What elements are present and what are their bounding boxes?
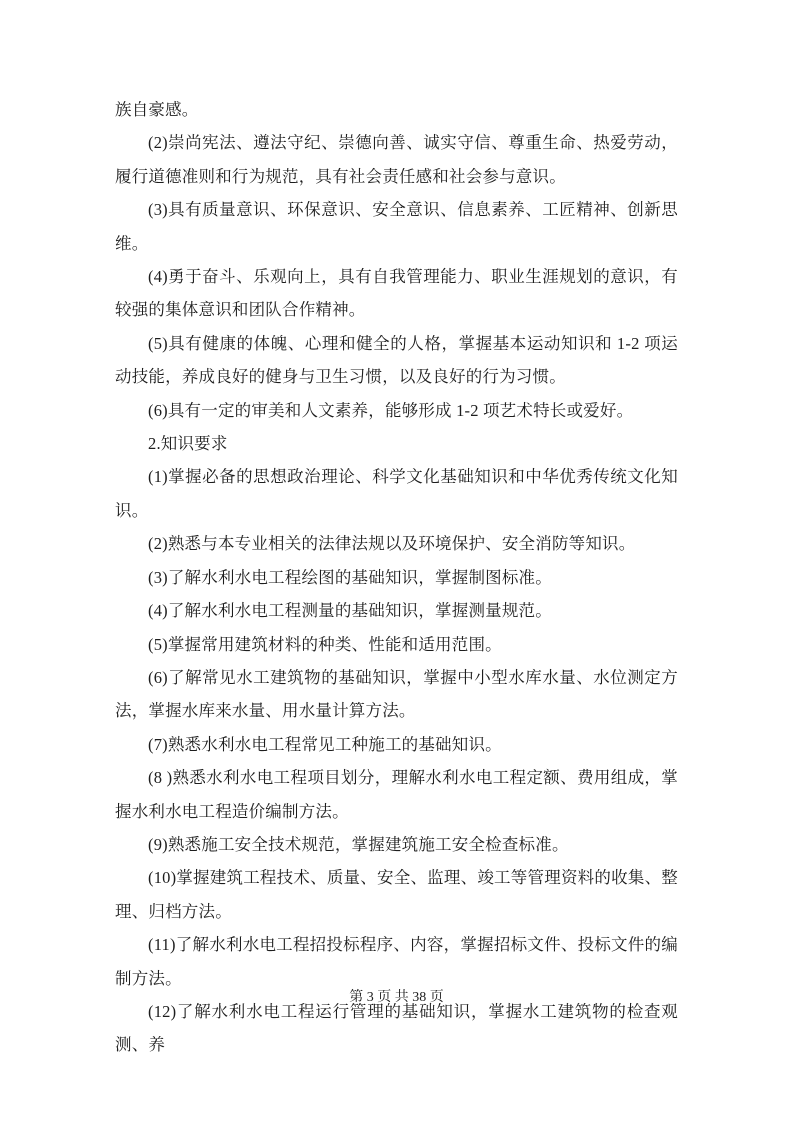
paragraph: (3)了解水利水电工程绘图的基础知识，掌握制图标准。 [115,561,678,594]
paragraph: (9)熟悉施工安全技术规范，掌握建筑施工安全检查标准。 [115,828,678,861]
paragraph: (4)了解水利水电工程测量的基础知识，掌握测量规范。 [115,594,678,627]
page-footer: 第 3 页 共 38 页 [0,988,793,1008]
paragraph: (6)具有一定的审美和人文素养，能够形成 1-2 项艺术特长或爱好。 [115,394,678,427]
paragraph: (2)崇尚宪法、遵法守纪、崇德向善、诚实守信、尊重生命、热爱劳动，履行道德准则和… [115,126,678,193]
paragraph: (1)掌握必备的思想政治理论、科学文化基础知识和中华优秀传统文化知识。 [115,460,678,527]
paragraph: (5)掌握常用建筑材料的种类、性能和适用范围。 [115,628,678,661]
paragraph: (5)具有健康的体魄、心理和健全的人格，掌握基本运动知识和 1-2 项运动技能，… [115,327,678,394]
paragraph: (11)了解水利水电工程招投标程序、内容，掌握招标文件、投标文件的编制方法。 [115,928,678,995]
paragraph: (6)了解常见水工建筑物的基础知识，掌握中小型水库水量、水位测定方法，掌握水库来… [115,661,678,728]
section-heading-knowledge-requirements: 2.知识要求 [115,427,678,460]
paragraph: 族自豪感。 [115,93,678,126]
paragraph: (3)具有质量意识、环保意识、安全意识、信息素养、工匠精神、创新思维。 [115,193,678,260]
document-page: 族自豪感。 (2)崇尚宪法、遵法守纪、崇德向善、诚实守信、尊重生命、热爱劳动，履… [0,0,793,1122]
paragraph: (8 )熟悉水利水电工程项目划分，理解水利水电工程定额、费用组成，掌握水利水电工… [115,761,678,828]
paragraph: (7)熟悉水利水电工程常见工种施工的基础知识。 [115,728,678,761]
paragraph: (10)掌握建筑工程技术、质量、安全、监理、竣工等管理资料的收集、整理、归档方法… [115,861,678,928]
paragraph: (4)勇于奋斗、乐观向上，具有自我管理能力、职业生涯规划的意识，有较强的集体意识… [115,260,678,327]
paragraph: (2)熟悉与本专业相关的法律法规以及环境保护、安全消防等知识。 [115,527,678,560]
document-body: 族自豪感。 (2)崇尚宪法、遵法守纪、崇德向善、诚实守信、尊重生命、热爱劳动，履… [115,93,678,1062]
